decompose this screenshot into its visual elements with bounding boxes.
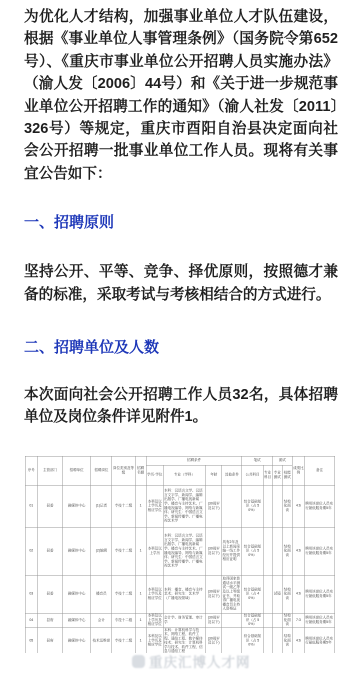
table-cell: 会计 — [91, 613, 112, 627]
table-cell: 县委 — [37, 527, 62, 575]
table-cell: 本科：汉语言文学、汉语言文字学、新闻学、编辑出版学、广播电视新闻学、播音与主持艺… — [163, 527, 205, 575]
table-cell: 县委 — [37, 485, 62, 527]
table-cell: 7:3 — [292, 613, 304, 627]
table-cell — [263, 527, 272, 575]
table-cell: 本科及以上学历及相应学位 — [146, 485, 163, 527]
table-cell: (2)编辑 — [91, 527, 112, 575]
table-cell: 聘用该岗位人员实行最低服务期5年 — [304, 527, 334, 575]
table-cell: 综合基础知识（占 50%） — [242, 613, 263, 627]
table-cell: 本科：播音、播音与主持艺术；研究生：艺术学（广播电视领域） — [163, 575, 205, 613]
table-cell: 融媒体中心 — [63, 485, 91, 527]
table-cell: 03 — [25, 575, 37, 613]
table-cell: 本科及以上学历及相应学位 — [146, 575, 163, 613]
table-cell: 具有2年及以上新闻采编一线工作经历并提供相应证明 — [222, 527, 242, 575]
table-cell: (30周岁及以下) — [206, 613, 222, 627]
table-cell: 结构化面谈 — [282, 613, 292, 627]
table-cell: 综合基础知识（占 50%） — [242, 628, 263, 653]
table-cell: (30周岁及以下) — [206, 628, 222, 653]
watermark: 重庆汇博人才网 — [132, 651, 251, 671]
table-cell — [263, 613, 272, 627]
intro-paragraph: 为优化人才结构，加强事业单位人才队伍建设，根据《事业单位人事管理条例》（国务院令… — [24, 6, 338, 185]
table-cell: 专技十二级 — [112, 628, 135, 653]
table-cell: 县府 — [37, 628, 62, 653]
table-cell: 4:6 — [292, 527, 304, 575]
table-cell: 1 — [135, 527, 146, 575]
column-header: 主管部门 — [37, 456, 62, 485]
table-cell: 4:6 — [292, 575, 304, 613]
table-cell: 融媒体中心 — [63, 527, 91, 575]
table-cell: 1 — [135, 613, 146, 627]
table-row: 05县府融媒体中心技术运维岗专技十二级1本科及以上学历及相应学位本科：计算机科学… — [25, 628, 335, 653]
table-cell: 本科：计算机科学与技术、网络工程、软件工程、通信工程、数字媒体技术；研究生：计算… — [163, 628, 205, 653]
table-cell: 本科：汉语言文学、汉语言文字学、新闻学、编辑出版学、广播电视新闻学、播音与主持艺… — [163, 485, 205, 527]
table-cell: 融媒体中心 — [63, 575, 91, 613]
table-cell: 县委 — [37, 575, 62, 613]
watermark-logo-icon — [132, 655, 145, 668]
column-subheader: 年龄 — [206, 465, 222, 485]
table-cell: 1 — [135, 485, 146, 527]
watermark-text: 重庆汇博人才网 — [149, 651, 251, 671]
column-subheader: 专业测试 — [272, 465, 282, 485]
table-cell: 1 — [135, 628, 146, 653]
table-cell: 融媒体中心 — [63, 628, 91, 653]
table-cell: (30周岁及以下) — [206, 575, 222, 613]
table-cell: 4:6 — [292, 485, 304, 527]
attachment-table-container: 序号主管部门招聘单位招聘岗位岗位类别及等级招聘名额招聘条件笔试面试成绩比例备注学… — [25, 456, 335, 653]
table-cell — [272, 485, 282, 527]
table-cell — [272, 613, 282, 627]
table-cell — [222, 628, 242, 653]
table-cell: 专技十二级 — [112, 613, 135, 627]
table-cell — [272, 527, 282, 575]
section2-heading: 二、招聘单位及人数 — [24, 336, 338, 357]
column-subheader: 专业科目 — [263, 465, 272, 485]
table-cell: 02 — [25, 527, 37, 575]
column-subheader: 学历·学位 — [146, 465, 163, 485]
table-row: 01县委融媒体中心(1)记者专技十二级1本科及以上学历及相应学位本科：汉语言文学… — [25, 485, 335, 527]
column-header: 招聘单位 — [63, 456, 91, 485]
column-subheader: 其他条件 — [222, 465, 242, 485]
table-cell: 结构化面谈 — [282, 575, 292, 613]
table-cell: 取得国家普通话水平测试一级乙等及以上等级证书，并取得广播电视播音员主持人资格证 — [222, 575, 242, 613]
table-cell: (30周岁及以下) — [206, 485, 222, 527]
table-cell: 会计学、财务管理、审计学 — [163, 613, 205, 627]
table-cell: 县府 — [37, 613, 62, 627]
column-subheader: 公共科目 — [242, 465, 263, 485]
column-header: 面试 — [272, 456, 292, 465]
attachment-table-scaler: 序号主管部门招聘单位招聘岗位岗位类别及等级招聘名额招聘条件笔试面试成绩比例备注学… — [25, 456, 335, 653]
table-cell: 04 — [25, 613, 37, 627]
table-cell: 聘用该岗位人员实行最低服务期5年 — [304, 613, 334, 627]
table-cell: 聘用该岗位人员实行最低服务期5年 — [304, 575, 334, 613]
table-row: 02县委融媒体中心(2)编辑专技十二级1本科及以上学历本科：汉语言文学、汉语言文… — [25, 527, 335, 575]
table-cell: 技术运维岗 — [91, 628, 112, 653]
positions-table: 序号主管部门招聘单位招聘岗位岗位类别及等级招聘名额招聘条件笔试面试成绩比例备注学… — [25, 456, 335, 653]
table-cell: 综合基础知识（占 40%） — [242, 575, 263, 613]
section1-paragraph: 坚持公开、平等、竞争、择优原则，按照德才兼备的标准，采取考试与考核相结合的方式进… — [24, 261, 338, 306]
column-header: 备注 — [304, 456, 334, 485]
table-cell: 综合基础知识（占 50%） — [242, 527, 263, 575]
table-cell: 专技十二级 — [112, 527, 135, 575]
table-cell: 05 — [25, 628, 37, 653]
section1-heading: 一、招聘原则 — [24, 211, 338, 232]
table-cell — [222, 485, 242, 527]
table-cell: (1)记者 — [91, 485, 112, 527]
column-header: 招聘名额 — [135, 456, 146, 485]
table-cell: 聘用该岗位人员实行最低服务期5年 — [304, 485, 334, 527]
table-cell: 专技十二级 — [112, 575, 135, 613]
table-cell: 本科及以上学历及相应学位 — [146, 613, 163, 627]
table-cell — [263, 628, 272, 653]
table-cell: 试镜 — [272, 575, 282, 613]
table-cell: (30周岁及以下) — [206, 527, 222, 575]
column-header: 岗位类别及等级 — [112, 456, 135, 485]
table-row: 03县委融媒体中心播音员专技十二级1本科及以上学历及相应学位本科：播音、播音与主… — [25, 575, 335, 613]
table-cell: 结构化面谈 — [282, 485, 292, 527]
table-cell: 1 — [135, 575, 146, 613]
column-subheader: 技能测试 — [282, 465, 292, 485]
table-cell: 结构化面谈 — [282, 628, 292, 653]
table-cell — [263, 575, 272, 613]
table-cell: 本科及以上学历 — [146, 527, 163, 575]
column-header: 成绩比例 — [292, 456, 304, 485]
column-header: 序号 — [25, 456, 37, 485]
column-header: 笔试 — [242, 456, 272, 465]
column-header: 招聘岗位 — [91, 456, 112, 485]
table-cell — [272, 628, 282, 653]
table-cell: 综合基础知识（占 50%） — [242, 485, 263, 527]
table-cell: 融媒体中心 — [63, 613, 91, 627]
table-cell: 聘用该岗位人员实行最低服务期5年 — [304, 628, 334, 653]
document-page: 为优化人才结构，加强事业单位人才队伍建设，根据《事业单位人事管理条例》（国务院令… — [0, 0, 360, 674]
table-cell: 结构化面谈 — [282, 527, 292, 575]
table-cell: 专技十二级 — [112, 485, 135, 527]
announcement-body: 为优化人才结构，加强事业单位人才队伍建设，根据《事业单位人事管理条例》（国务院令… — [0, 0, 360, 429]
table-cell: 播音员 — [91, 575, 112, 613]
section2-paragraph: 本次面向社会公开招聘工作人员32名，具体招聘单位及岗位条件详见附件1。 — [24, 384, 338, 429]
table-cell: 01 — [25, 485, 37, 527]
table-cell — [222, 613, 242, 627]
table-cell: 4:6 — [292, 628, 304, 653]
table-row: 04县府融媒体中心会计专技十二级1本科及以上学历及相应学位会计学、财务管理、审计… — [25, 613, 335, 627]
table-cell — [263, 485, 272, 527]
column-header: 招聘条件 — [146, 456, 242, 465]
column-subheader: 专业（学科） — [163, 465, 205, 485]
table-cell: 本科及以上学历及相应学位 — [146, 628, 163, 653]
